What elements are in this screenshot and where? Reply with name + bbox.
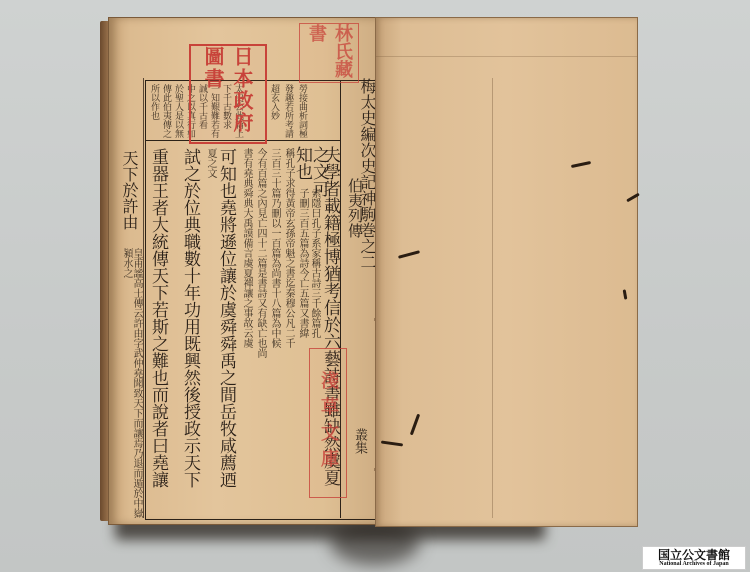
wormhole-mark — [571, 161, 591, 168]
seal-asakusa-bunko: 淺草文庫 — [309, 348, 347, 498]
annotation-column: 夏之文 — [205, 148, 215, 518]
logo-japanese-text: 国立公文書館 — [658, 549, 730, 561]
upper-note: 於聖人是以無 — [173, 84, 182, 139]
page-fold — [492, 78, 493, 518]
upper-note: 所以作也 — [149, 84, 158, 139]
open-book: 皇甫謐高士傳云許由字武仲堯聞致天下而讓焉乃退而遁於中嶽潁水之 天下於許由 所以作… — [108, 17, 636, 525]
annotation-column: 稱孔子求得黃帝玄孫帝魁之書迄秦穆公凡二千 — [283, 148, 293, 518]
page-crease — [376, 56, 637, 57]
upper-note: 超玄入妙 — [269, 84, 278, 139]
right-page-blank — [375, 17, 638, 527]
wormhole-mark — [381, 440, 403, 446]
wormhole-mark — [398, 250, 420, 259]
annotation-column: 三百三十篇乃刪以一百篇為尚書十八篇為中候 — [269, 148, 279, 518]
main-text-column: 可知也堯將遜位讓於虞舜舜禹之間岳牧咸薦迺 — [217, 148, 234, 518]
seal-nihon-seifu-tosho: 日本政府圖書 — [189, 44, 267, 144]
main-text-column: 重器王者大統傳天下若斯之難也而說者曰堯讓 — [149, 148, 166, 518]
seal-hayashi-zosho: 林氏藏書 — [299, 23, 359, 83]
side-label: 叢集 — [353, 428, 366, 468]
upper-note: 勞接曲析詞極 — [297, 84, 306, 139]
left-page: 皇甫謐高士傳云許由字武仲堯聞致天下而讓焉乃退而遁於中嶽潁水之 天下於許由 所以作… — [108, 17, 376, 525]
national-archives-logo: 国立公文書館 National Archives of Japan — [642, 546, 746, 570]
margin-main-text: 天下於許由 — [121, 150, 137, 250]
annotation-column: 子刪三百五篇為詩今亡五篇又書緯 — [297, 188, 307, 518]
annotation-column: 書有堯典舜典大禹謨備言虞夏禪讓之事故云虞 — [241, 148, 251, 518]
wormhole-mark — [623, 289, 628, 299]
logo-english-text: National Archives of Japan — [659, 561, 728, 568]
upper-note: 傳此伯夷傳之 — [161, 84, 170, 139]
main-text-column: 試之於位典職數十年功用既興然後授政示天下 — [181, 148, 198, 518]
margin-annotation: 皇甫謐高士傳云許由字武仲堯聞致天下而讓焉乃退而遁於中嶽潁水之 — [121, 248, 141, 518]
upper-note: 發趣若所考請 — [283, 84, 292, 139]
annotation-column: 今有百篇之內見亡四十二篇是書詩又有缺亡也尚 — [255, 148, 265, 518]
volume-title: 梅太史編次史記神駒巻之二 — [359, 78, 375, 298]
wormhole-mark — [410, 414, 420, 436]
wormhole-mark — [626, 193, 640, 203]
